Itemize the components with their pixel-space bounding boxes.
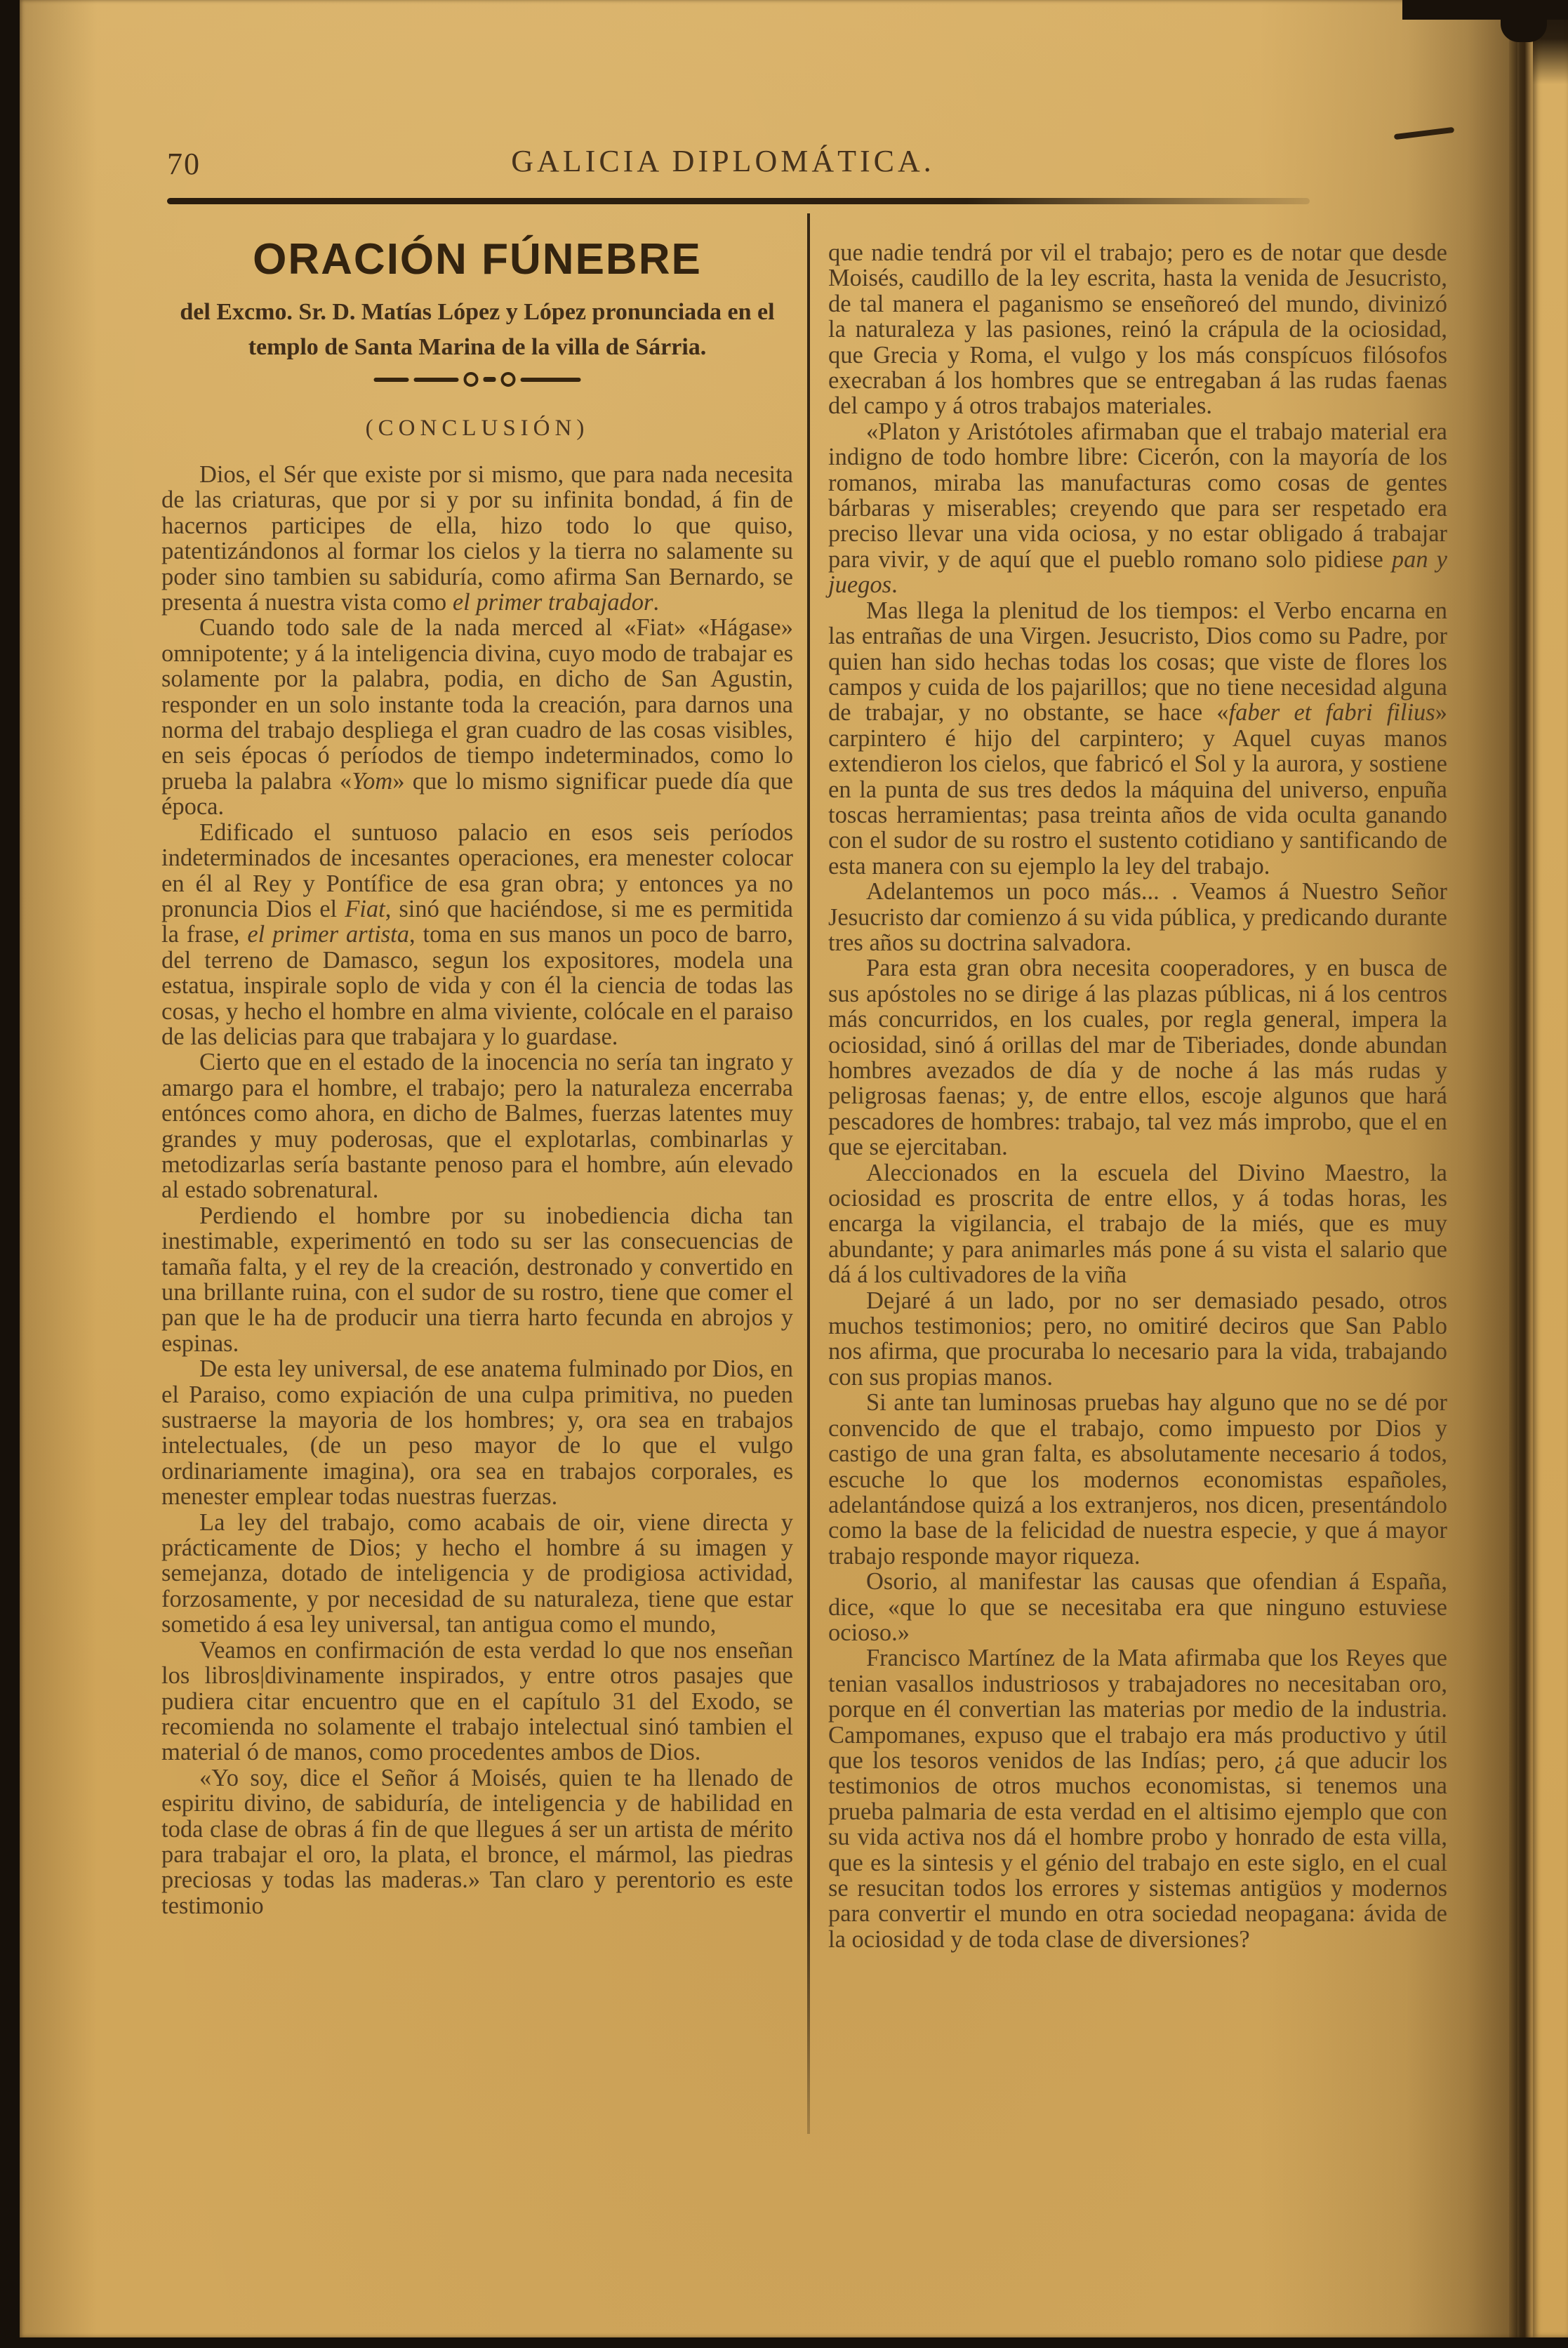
paragraph: Dejaré á un lado, por no ser demasiado p…	[828, 1288, 1447, 1391]
paragraph: «Yo soy, dice el Señor á Moisés, quien t…	[161, 1765, 793, 1918]
page-number: 70	[167, 146, 201, 182]
gutter-crease	[1509, 0, 1534, 2337]
paragraph: Mas llega la plenitud de los tiempos: el…	[828, 598, 1447, 879]
paragraph: Francisco Martínez de la Mata afirmaba q…	[828, 1645, 1447, 1952]
paragraph: Si ante tan luminosas pruebas hay alguno…	[828, 1390, 1447, 1569]
paragraph: Para esta gran obra necesita cooperadore…	[828, 955, 1447, 1160]
scanned-page: 70 GALICIA DIPLOMÁTICA. ORACIÓN FÚNEBRE …	[0, 0, 1568, 2348]
paragraph: Adelantemos un poco más... . Veamos á Nu…	[828, 879, 1447, 955]
left-column: Dios, el Sér que existe por si mismo, qu…	[161, 462, 793, 1918]
article-title: ORACIÓN FÚNEBRE	[253, 234, 702, 284]
top-right-shadow	[1402, 0, 1568, 20]
paragraph: Osorio, al manifestar las causas que ofe…	[828, 1569, 1447, 1645]
paragraph: Edificado el suntuoso palacio en esos se…	[161, 820, 793, 1050]
page-gutter-shadow	[1407, 0, 1517, 2337]
ornament-bar	[484, 377, 496, 382]
adjacent-page-edge	[1533, 0, 1568, 2337]
paragraph: «Platon y Aristótoles afirmaban que el t…	[828, 419, 1447, 598]
section-divider-ornament-icon	[374, 372, 581, 387]
paragraph: Dios, el Sér que existe por si mismo, qu…	[161, 462, 793, 615]
ornament-bar	[374, 378, 409, 382]
paragraph: Cierto que en el estado de la inocencia …	[161, 1049, 793, 1202]
paragraph: De esta ley universal, de ese anatema fu…	[161, 1356, 793, 1509]
section-label: (CONCLUSIÓN)	[366, 416, 590, 442]
paragraph: Cuando todo sale de la nada merced al «F…	[161, 615, 793, 819]
article-subtitle-line-1: del Excmo. Sr. D. Matías López y López p…	[180, 295, 774, 330]
journal-title: GALICIA DIPLOMÁTICA.	[511, 143, 935, 179]
ornament-circle	[501, 372, 516, 387]
header-rule	[167, 198, 1310, 204]
ornament-circle	[464, 372, 479, 387]
right-column: que nadie tendrá por vil el trabajo; per…	[828, 240, 1447, 1952]
paragraph: que nadie tendrá por vil el trabajo; per…	[828, 240, 1447, 419]
paragraph: Perdiendo el hombre por su inobediencia …	[161, 1203, 793, 1356]
ornament-bar	[414, 378, 459, 382]
column-divider	[807, 213, 810, 2134]
paragraph: Aleccionados en la escuela del Divino Ma…	[828, 1160, 1447, 1288]
paragraph: Veamos en confirmación de esta verdad lo…	[161, 1638, 793, 1765]
paragraph: La ley del trabajo, como acabais de oir,…	[161, 1510, 793, 1638]
ornament-bar	[521, 378, 581, 382]
article-subtitle-line-2: templo de Santa Marina de la villa de Sá…	[180, 330, 774, 365]
article-subtitle: del Excmo. Sr. D. Matías López y López p…	[180, 295, 774, 365]
